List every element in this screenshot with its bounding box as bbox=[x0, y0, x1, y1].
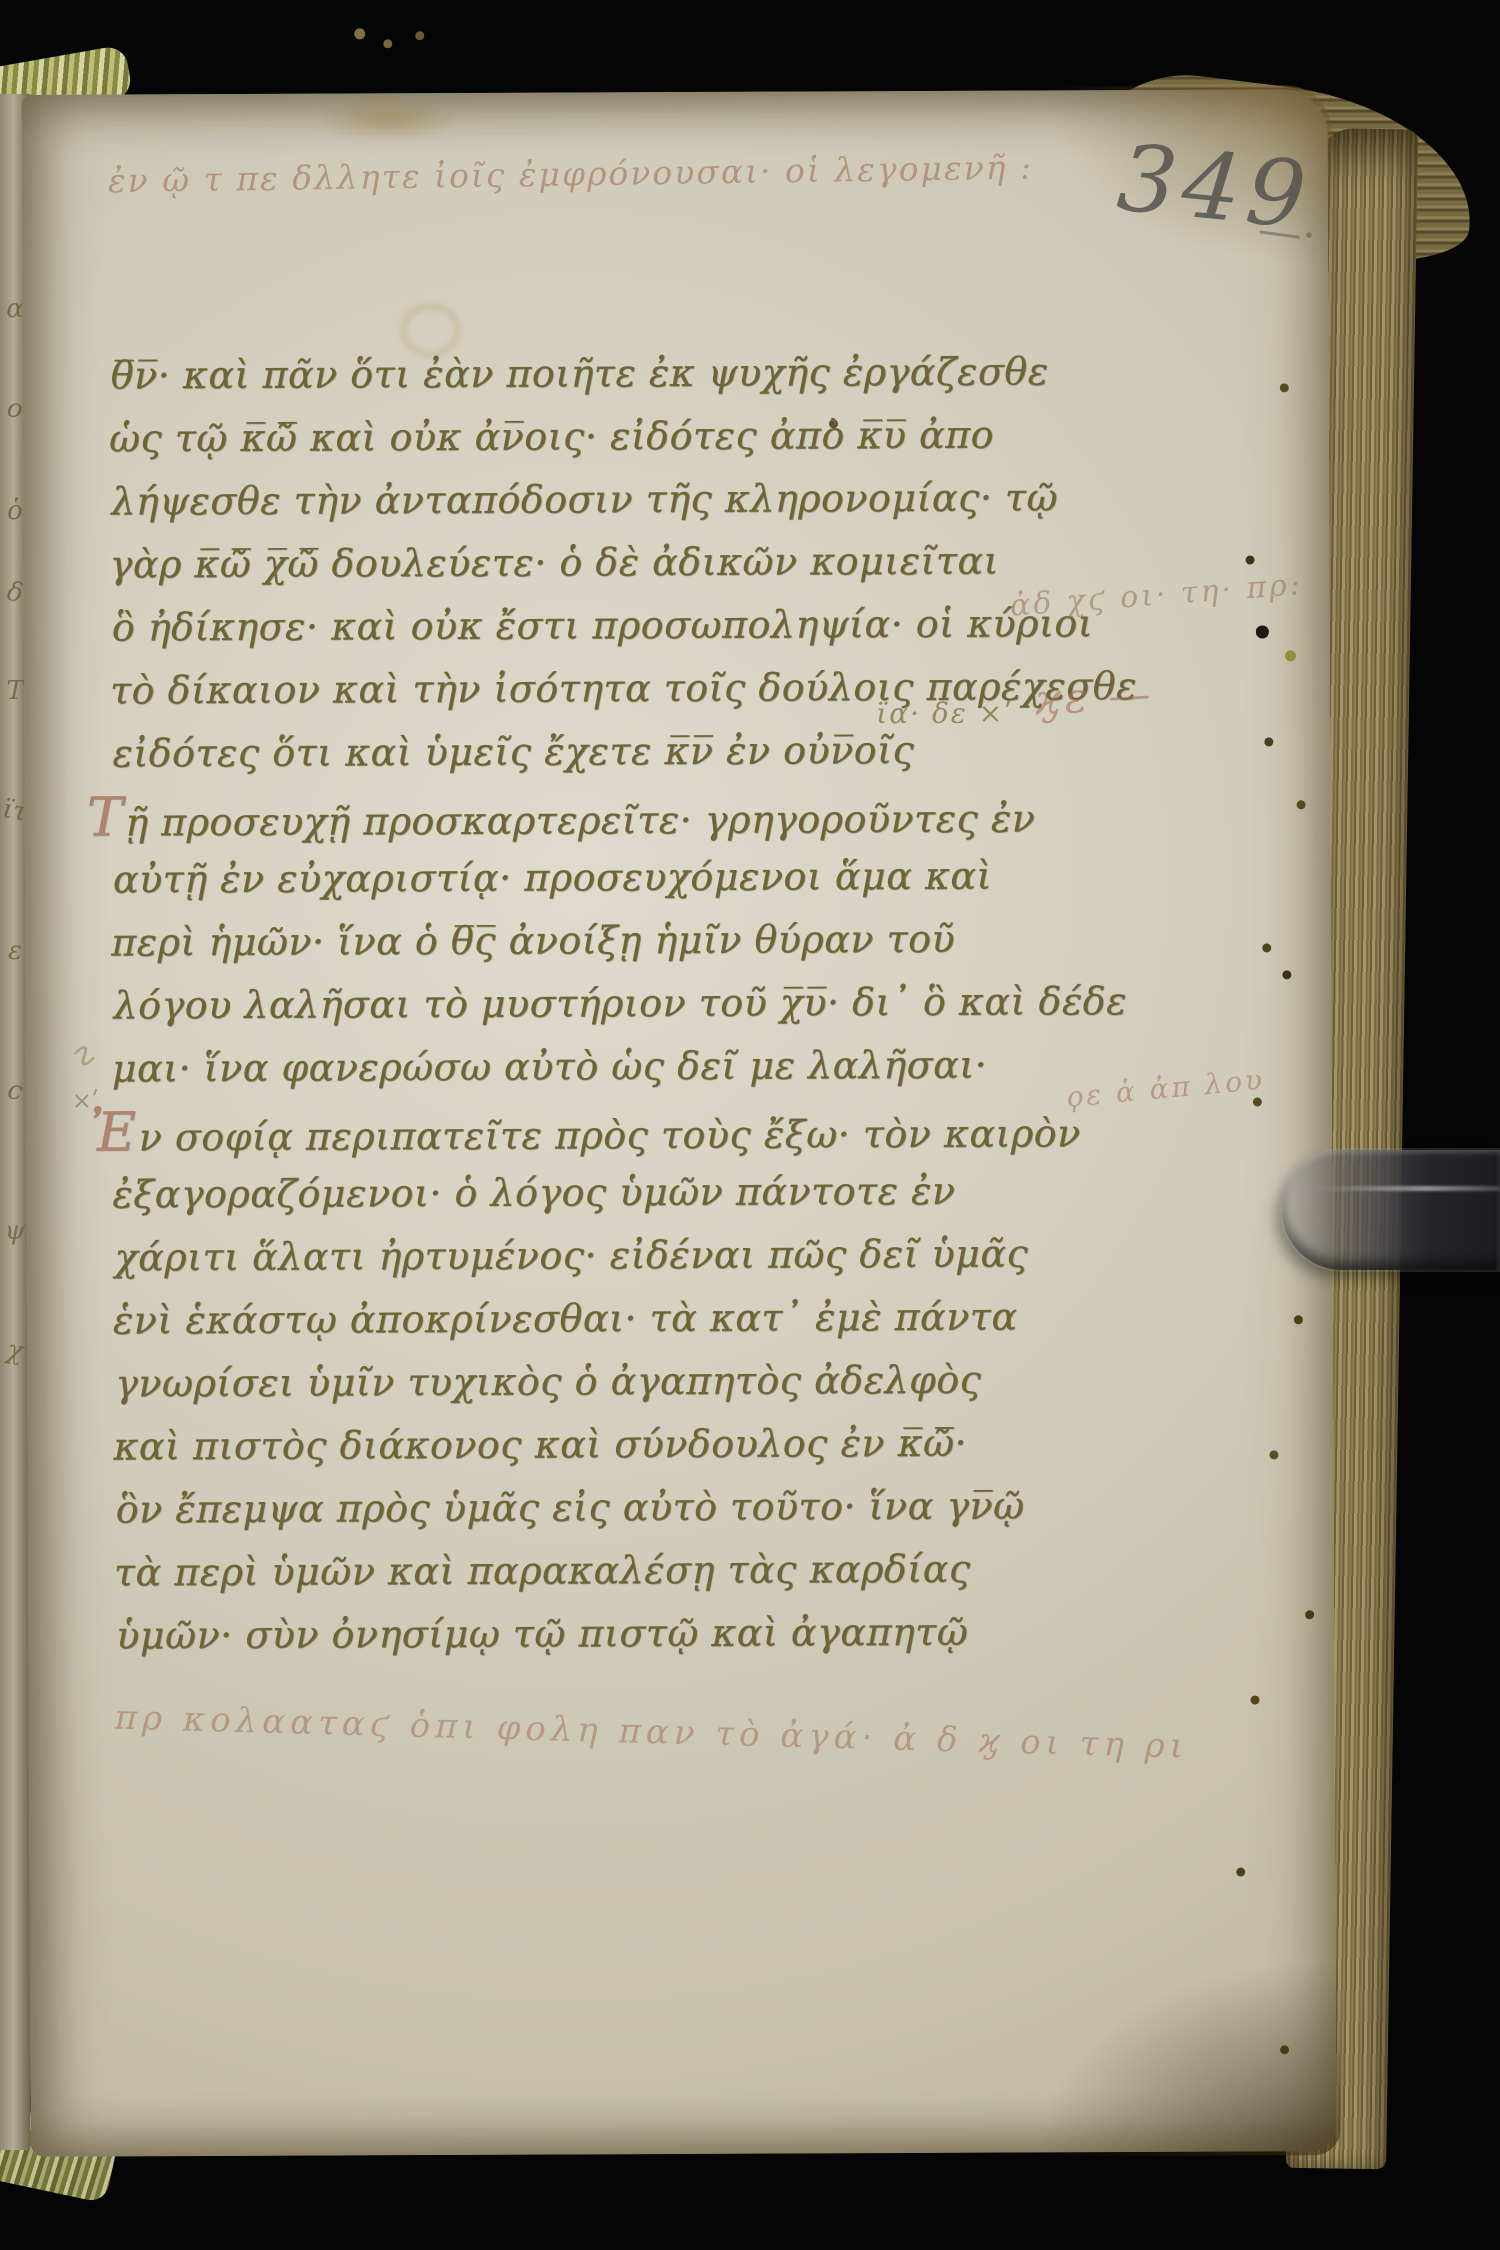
header-rubric: ἐν ῷ τ πε δλλητε ἰοῖς ἐμφρόνουσαι· οἱ λε… bbox=[108, 148, 1034, 201]
text-line-body: λήψεσθε τὴν ἀνταπόδοσιν τῆς κληρονομίας·… bbox=[111, 475, 1058, 523]
text-line-body: ἐξαγοραζόμενοι· ὁ λόγος ὑμῶν πάντοτε ἐν bbox=[112, 1169, 955, 1217]
text-line: μαι· ἵνα φανερώσω αὐτὸ ὡς δεῖ με λαλῆσαι… bbox=[112, 1033, 1139, 1100]
text-line: ὑμῶν· σὺν ὀνησίμῳ τῷ πιστῷ καὶ ἀγαπητῷ bbox=[116, 1600, 1143, 1667]
text-line-body: θ̅ν̅· καὶ πᾶν ὅτι ἐὰν ποιῆτε ἐκ ψυχῆς ἐρ… bbox=[111, 349, 1049, 397]
text-line-body: ὃν ἔπεμψα πρὸς ὑμᾶς εἰς αὐτὸ τοῦτο· ἵνα … bbox=[116, 1483, 1025, 1531]
text-line-body: εἰδότες ὅτι καὶ ὑμεῖς ἔχετε κ̅ν̅ ἐν οὐν̅… bbox=[112, 728, 914, 775]
text-line: ἑνὶ ἑκάστῳ ἀποκρίνεσθαι· τὰ κατ᾽ ἐμὲ πάν… bbox=[113, 1285, 1140, 1352]
text-line: λήψεσθε τὴν ἀνταπόδοσιν τῆς κληρονομίας·… bbox=[111, 466, 1138, 533]
margin-note-right-mid: ϗε — bbox=[1033, 669, 1156, 725]
text-line: ὡς τῷ κ̅ῶ̅ καὶ οὐκ ἀν̅οις· εἰδότες ἀπὸ κ… bbox=[109, 403, 1136, 470]
text-line: ὃν ἔπεμψα πρὸς ὑμᾶς εἰς αὐτὸ τοῦτο· ἵνα … bbox=[116, 1474, 1143, 1541]
plastic-page-holder bbox=[1282, 1150, 1500, 1270]
text-line-body: λόγου λαλῆσαι τὸ μυστήριον τοῦ χ̅υ̅· δι᾽… bbox=[113, 979, 1127, 1027]
text-line-body: καὶ πιστὸς διάκονος καὶ σύνδουλος ἐν κ̅ῶ… bbox=[113, 1421, 967, 1469]
text-line: γνωρίσει ὑμῖν τυχικὸς ὁ ἀγαπητὸς ἀδελφὸς bbox=[115, 1348, 1142, 1415]
text-line: ὃ ἠδίκησε· καὶ οὐκ ἔστι προσωποληψία· οἱ… bbox=[112, 592, 1139, 659]
margin-note-right-olive: ϊα· δε ×ʹ bbox=[876, 697, 1014, 731]
stain-smudge bbox=[314, 97, 464, 142]
text-line: αὐτῇ ἐν εὐχαριστίᾳ· προσευχόμενοι ἅμα κα… bbox=[113, 844, 1140, 911]
text-line-body: γὰρ κ̅ῶ̅ χ̅ῶ̅ δουλεύετε· ὁ δὲ ἀδικῶν κομ… bbox=[109, 539, 999, 587]
margin-mark-left-swash: ∿ bbox=[62, 1031, 101, 1078]
text-line: γὰρ κ̅ῶ̅ χ̅ῶ̅ δουλεύετε· ὁ δὲ ἀδικῶν κομ… bbox=[109, 529, 1136, 596]
text-line-body: μαι· ἵνα φανερώσω αὐτὸ ὡς δεῖ με λαλῆσαι… bbox=[112, 1043, 988, 1091]
text-line: τὰ περὶ ὑμῶν καὶ παρακαλέσῃ τὰς καρδίας bbox=[114, 1537, 1141, 1604]
main-text-block: θ̅ν̅· καὶ πᾶν ὅτι ἐὰν ποιῆτε ἐκ ψυχῆς ἐρ… bbox=[109, 340, 1142, 1667]
text-line-body: τὰ περὶ ὑμῶν καὶ παρακαλέσῃ τὰς καρδίας bbox=[114, 1547, 971, 1595]
text-line-body: ὃ ἠδίκησε· καὶ οὐκ ἔστι προσωποληψία· οἱ… bbox=[112, 601, 1093, 649]
text-line-body: αὐτῇ ἐν εὐχαριστίᾳ· προσευχόμενοι ἅμα κα… bbox=[113, 854, 992, 902]
text-line: Τῇ προσευχῇ προσκαρτερεῖτε· γρηγοροῦντες… bbox=[111, 781, 1138, 848]
text-line-body: ἑνὶ ἑκάστῳ ἀποκρίνεσθαι· τὰ κατ᾽ ἐμὲ πάν… bbox=[113, 1295, 1018, 1343]
text-line-body: γνωρίσει ὑμῖν τυχικὸς ὁ ἀγαπητὸς ἀδελφὸς bbox=[115, 1358, 981, 1406]
text-line: λόγου λαλῆσαι τὸ μυστήριον τοῦ χ̅υ̅· δι᾽… bbox=[113, 970, 1140, 1037]
text-line: Ἐν σοφίᾳ περιπατεῖτε πρὸς τοὺς ἔξω· τὸν … bbox=[114, 1096, 1141, 1163]
text-line-body: ὡς τῷ κ̅ῶ̅ καὶ οὐκ ἀν̅οις· εἰδότες ἀπὸ κ… bbox=[109, 413, 994, 461]
wormhole-specks bbox=[22, 95, 27, 100]
parchment-page: 349 —· ἐν ῷ τ πε δλλητε ἰοῖς ἐμφρόνουσαι… bbox=[22, 89, 1337, 2157]
margin-mark-left-small: ×ʹ bbox=[72, 1087, 99, 1115]
text-line: ἐξαγοραζόμενοι· ὁ λόγος ὑμῶν πάντοτε ἐν bbox=[112, 1159, 1139, 1226]
gutter-letter: ψ bbox=[1, 1216, 29, 1246]
corner-stain-bottom-right bbox=[1000, 1935, 1341, 2156]
text-line-body: ν σοφίᾳ περιπατεῖτε πρὸς τοὺς ἔξω· τὸν κ… bbox=[139, 1111, 1081, 1159]
text-line-body: ῇ προσευχῇ προσκαρτερεῖτε· γρηγοροῦντες … bbox=[125, 796, 1035, 844]
bottom-rubric: πρ κολααταϛ ὁπι φολη παν τὸ ἀγά· ἀ δ ϗ ο… bbox=[114, 1698, 1188, 1767]
text-line: θ̅ν̅· καὶ πᾶν ὅτι ἐὰν ποιῆτε ἐκ ψυχῆς ἐρ… bbox=[111, 340, 1138, 407]
text-line: καὶ πιστὸς διάκονος καὶ σύνδουλος ἐν κ̅ῶ… bbox=[113, 1411, 1140, 1478]
text-line-body: περὶ ἡμῶν· ἵνα ὁ θ̅ς̅ ἀνοίξῃ ἡμῖν θύραν … bbox=[111, 917, 955, 965]
text-line: περὶ ἡμῶν· ἵνα ὁ θ̅ς̅ ἀνοίξῃ ἡμῖν θύραν … bbox=[111, 907, 1138, 974]
text-line: χάριτι ἅλατι ἠρτυμένος· εἰδέναι πῶς δεῖ … bbox=[114, 1222, 1141, 1289]
rubricated-initial: Τ bbox=[87, 785, 124, 848]
text-line-body: χάριτι ἅλατι ἠρτυμένος· εἰδέναι πῶς δεῖ … bbox=[114, 1231, 1028, 1279]
manuscript-photo: α ο ὁ δ Τ ϊτ ε ϲ ψ χ 349 —· ἐν ῷ τ πε δλ… bbox=[0, 0, 1500, 2250]
folio-flourish: —· bbox=[1255, 204, 1319, 262]
text-line-body: ὑμῶν· σὺν ὀνησίμῳ τῷ πιστῷ καὶ ἀγαπητῷ bbox=[116, 1610, 968, 1658]
